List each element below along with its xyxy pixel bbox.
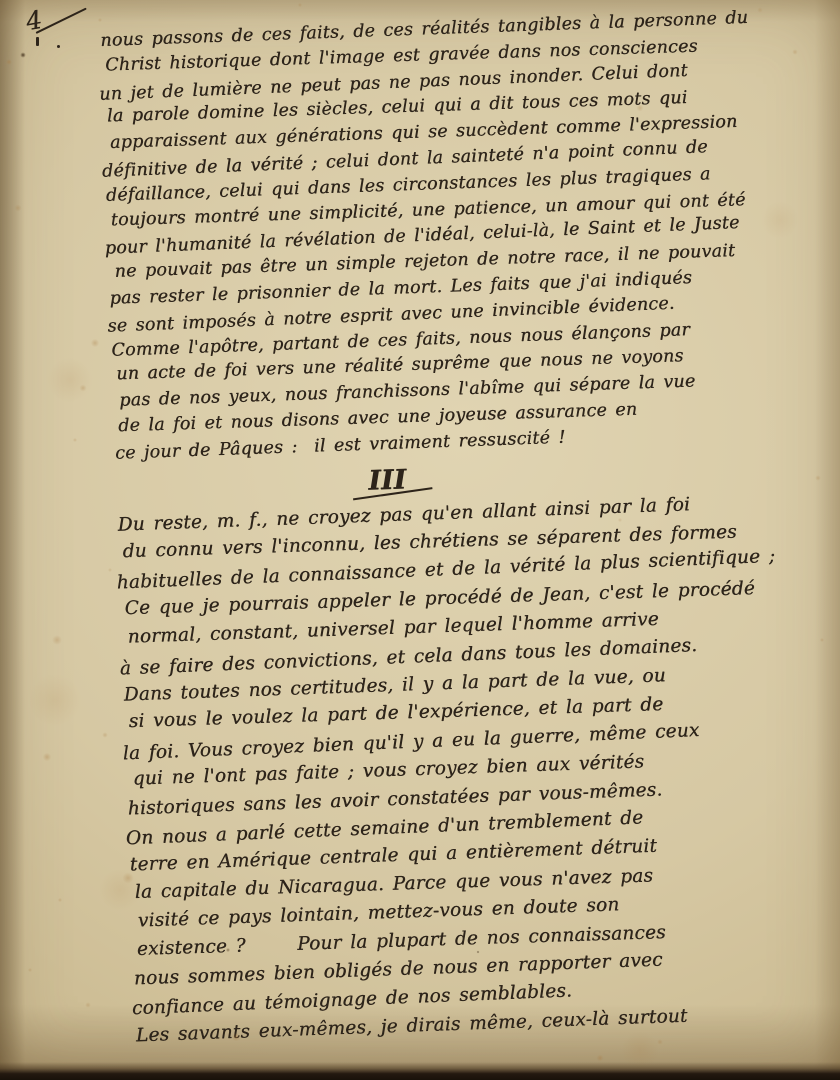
ink-dot-mark: [57, 45, 60, 48]
book-bottom-edge: [0, 1062, 840, 1080]
ink-tick-mark: [36, 37, 39, 46]
section-heading: III: [368, 464, 439, 496]
paragraph-1: nous passons de ces faits, de ces réalit…: [100, 4, 821, 468]
manuscript-page: 4 nous passons de ces faits, de ces réal…: [0, 0, 840, 1080]
paragraph-2: Du reste, m. f., ne croyez pas qu'en all…: [117, 486, 840, 1051]
manuscript-text-block: nous passons de ces faits, de ces réalit…: [100, 4, 840, 1051]
page-number-slash-mark: [36, 8, 87, 34]
